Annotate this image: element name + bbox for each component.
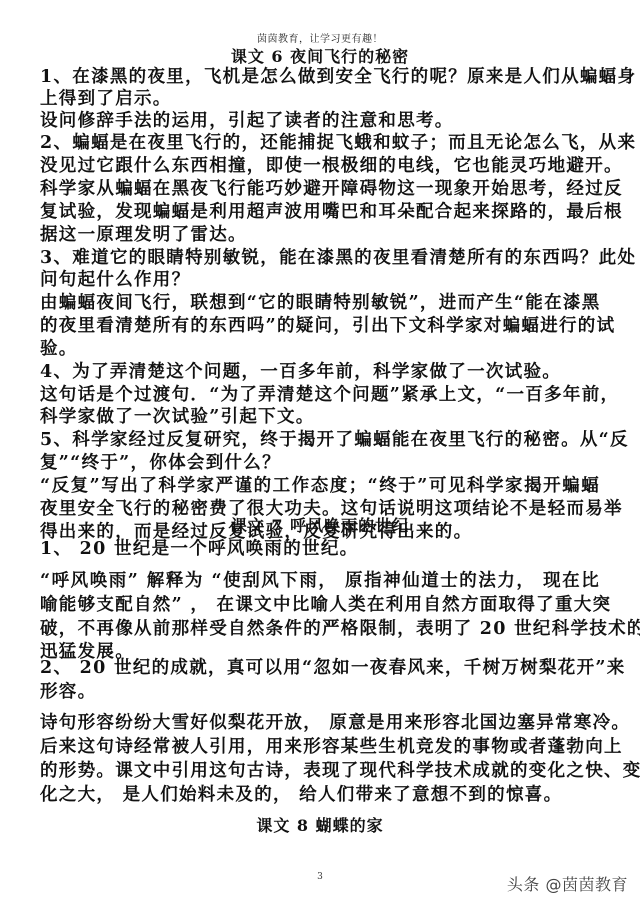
text-line: 2、 20 世纪的成就，真可以用“忽如一夜春风来，千树万树梨花开”来 [40,657,600,679]
text-line: 复”“终于”，你体会到什么？ [40,452,600,474]
text-line: “呼风唤雨” 解释为 “使刮风下雨， 原指神仙道士的法力， 现在比 [40,570,600,592]
section-title-6: 课文 6 夜间飞行的秘密 [0,44,640,67]
text-line: 没见过它跟什么东西相撞，即使一根极细的电线，它也能灵巧地避开。 [40,155,600,177]
text-line: 科学家从蝙蝠在黑夜飞行能巧妙避开障碍物这一现象开始思考，经过反 [40,178,600,200]
section-title-7: 课文 7 呼风唤雨的世纪 [0,513,640,536]
text-line: 1、 20 世纪是一个呼风唤雨的世纪。 [40,538,600,560]
text-line: 喻能够支配自然” ， 在课文中比喻人类在利用自然方面取得了重大突 [40,594,600,616]
text-line: 4、为了弄清楚这个问题，一百多年前，科学家做了一次试验。 [40,361,600,383]
text-line: 3、难道它的眼睛特别敏锐，能在漆黑的夜里看清楚所有的东西吗？此处 [40,247,600,269]
text-line: 由蝙蝠夜间飞行，联想到“它的眼睛特别敏锐”，进而产生“能在漆黑 [40,292,600,314]
text-line: 上得到了启示。 [40,88,600,110]
text-line: 设问修辞手法的运用，引起了读者的注意和思考。 [40,110,600,132]
text-line: 的夜里看清楚所有的东西吗”的疑问，引出下文科学家对蝙蝠进行的试 [40,315,600,337]
text-line: “反复”写出了科学家严谨的工作态度；“终于”可见科学家揭开蝙蝠 [40,475,600,497]
text-line: 验。 [40,338,600,360]
text-line: 复试验，发现蝙蝠是利用超声波用嘴巴和耳朵配合起来探路的，最后根 [40,201,600,223]
text-line: 破，不再像从前那样受自然条件的严格限制，表明了 20 世纪科学技术的 [40,618,600,640]
header-note: 茵茵教育，让学习更有趣！ [0,30,640,45]
text-line: 5、科学家经过反复研究，终于揭开了蝙蝠能在夜里飞行的秘密。从“反 [40,429,600,451]
watermark: 头条 @茵茵教育 [507,872,628,895]
text-line: 2、蝙蝠是在夜里飞行的，还能捕捉飞蛾和蚊子；而且无论怎么飞，从来 [40,132,600,154]
section-title-8: 课文 8 蝴蝶的家 [0,813,640,836]
text-line: 问句起什么作用？ [40,269,600,291]
text-line: 科学家做了一次试验”引起下文。 [40,406,600,428]
text-line: 形容。 [40,681,600,703]
text-line: 据这一原理发明了雷达。 [40,224,600,246]
text-line: 诗句形容纷纷大雪好似梨花开放， 原意是用来形容北国边塞异常寒冷。 [40,712,600,734]
text-line: 这句话是个过渡句．“为了弄清楚这个问题”紧承上文，“一百多年前， [40,384,600,406]
text-line: 的形势。课文中引用这句古诗，表现了现代科学技术成就的变化之快、变 [40,760,600,782]
text-line: 后来这句诗经常被人引用，用来形容某些生机竞发的事物或者蓬勃向上 [40,736,600,758]
text-line: 1、在漆黑的夜里，飞机是怎么做到安全飞行的呢？原来是人们从蝙蝠身 [40,66,600,88]
text-line: 化之大， 是人们始料未及的， 给人们带来了意想不到的惊喜。 [40,784,600,806]
